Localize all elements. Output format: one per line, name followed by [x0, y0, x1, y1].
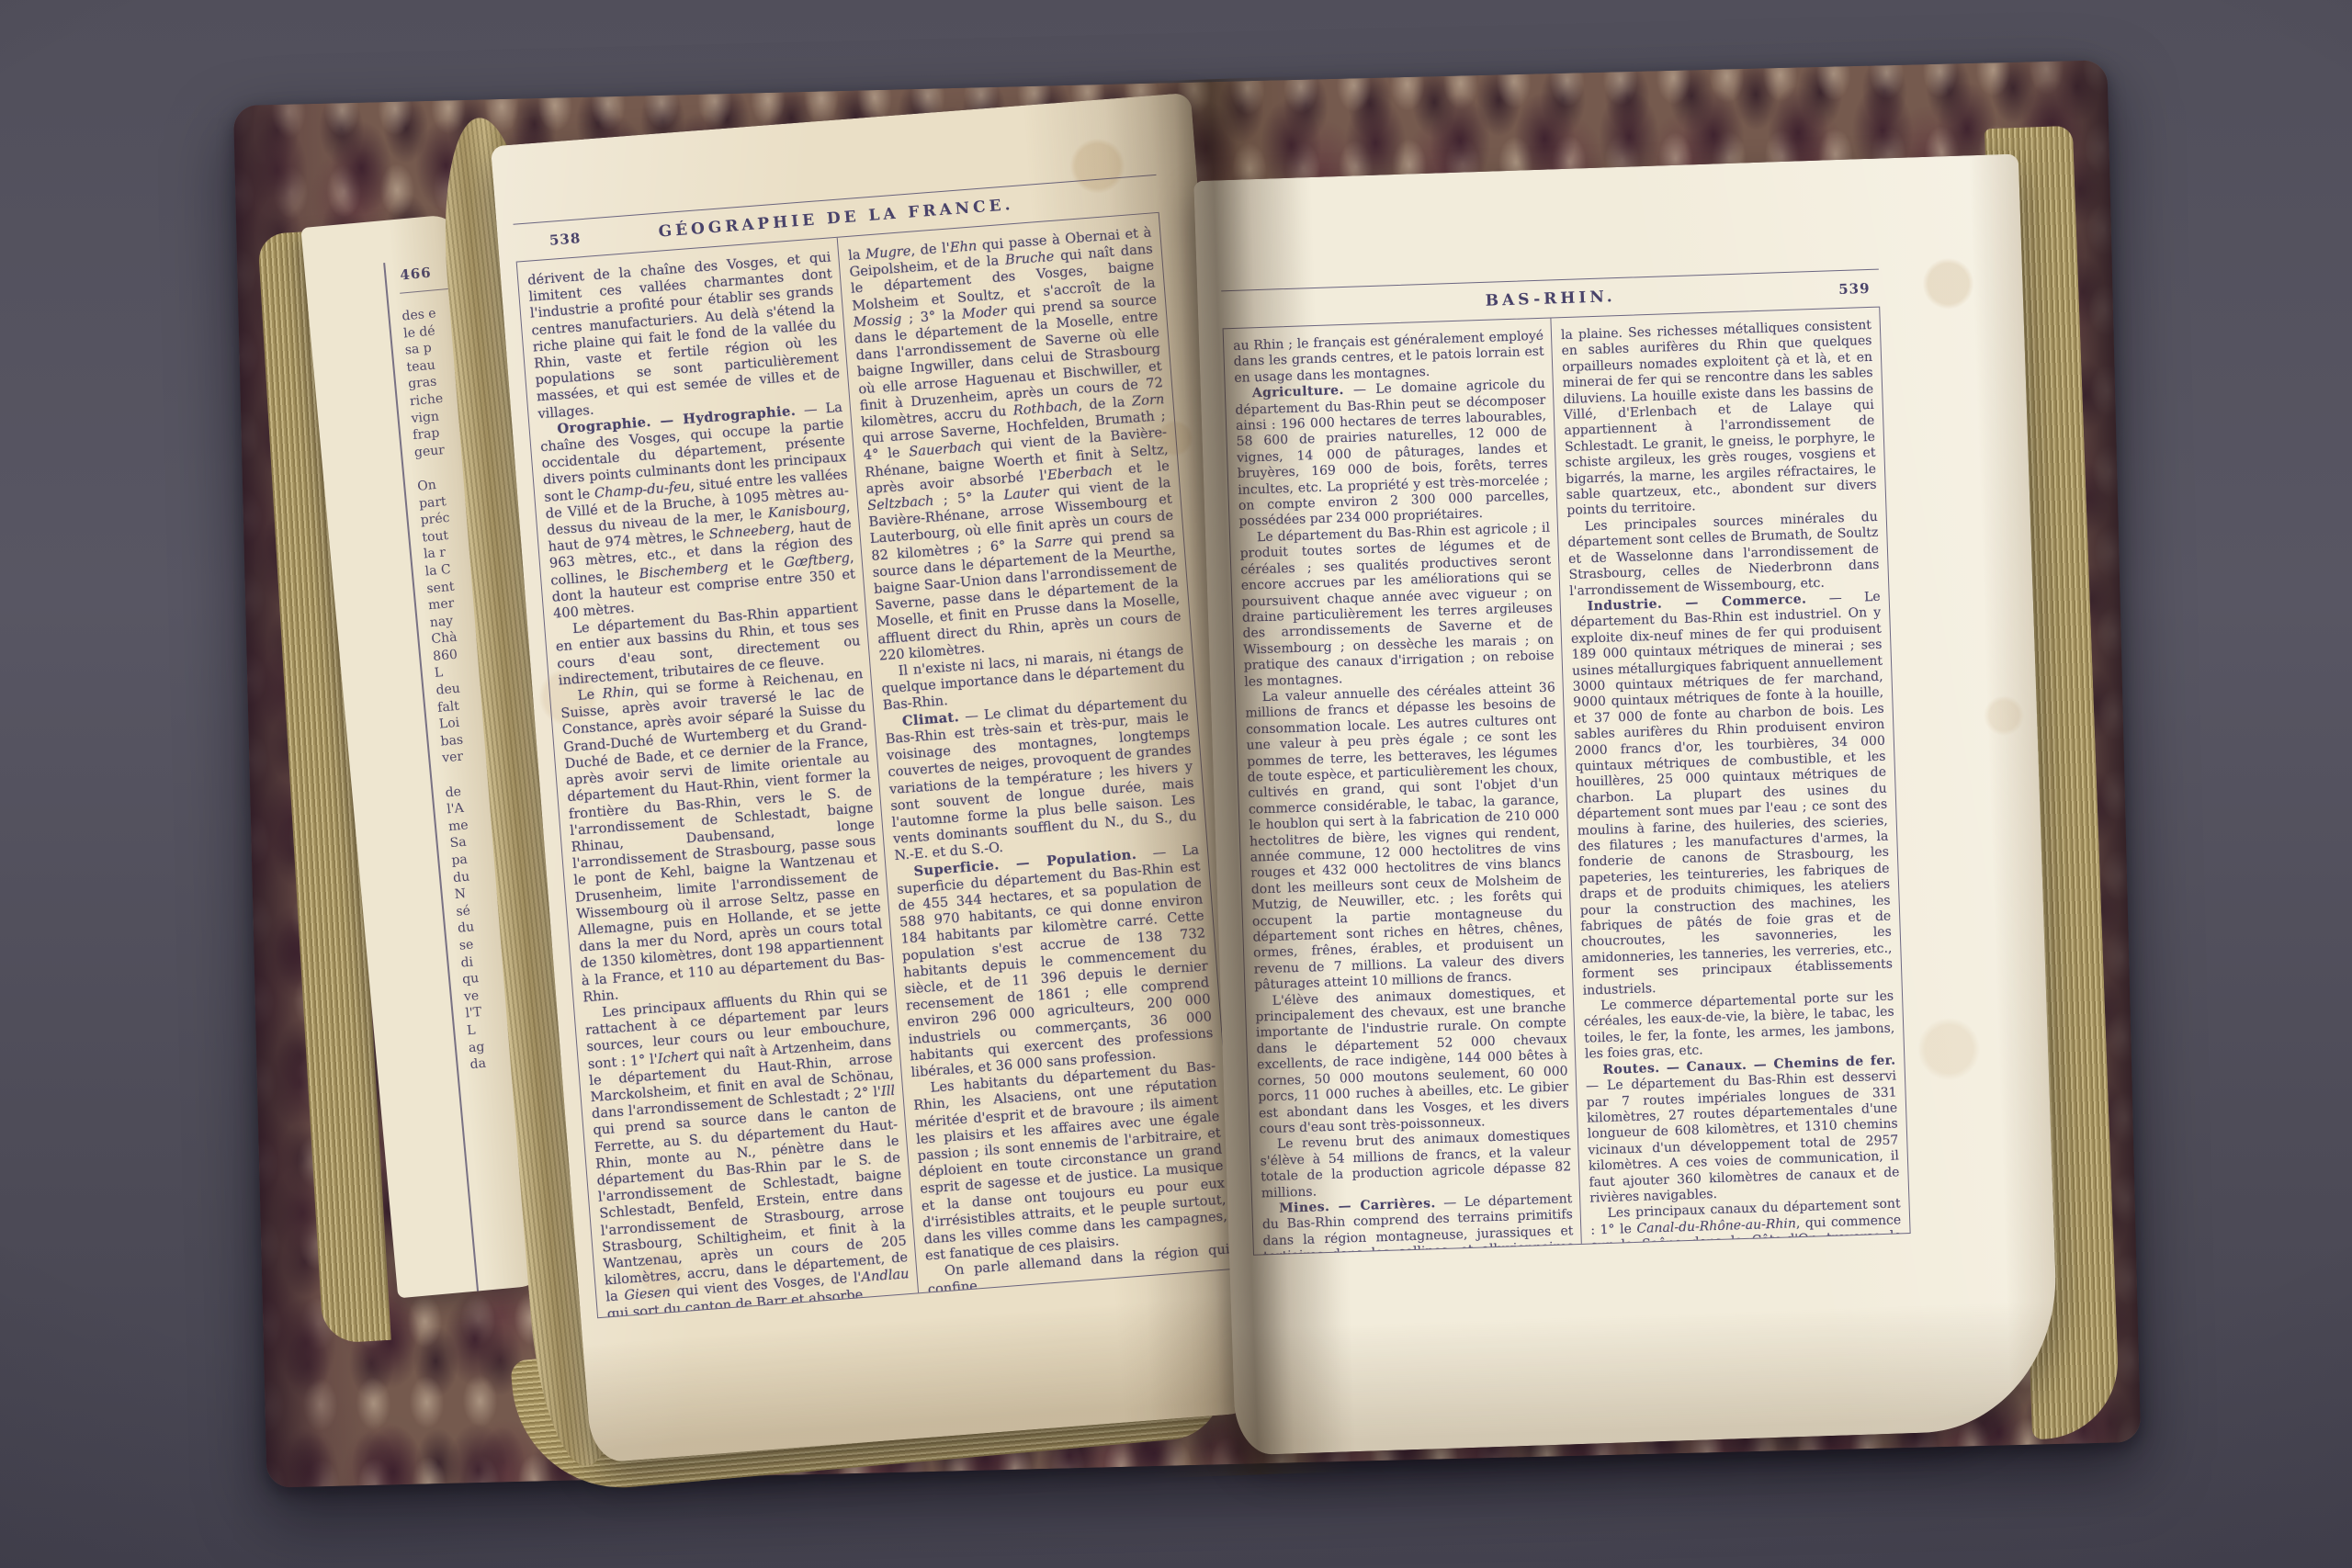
left-page-number: 538 [514, 230, 581, 251]
paragraph: L'élève des animaux domestiques, et prin… [1255, 984, 1570, 1138]
paragraph: La valeur annuelle des céréales atteint … [1245, 680, 1566, 994]
right-column-1: au Rhin ; le français est généralement e… [1224, 318, 1581, 1254]
right-column-2: la plaine. Ses richesses métalliques con… [1551, 308, 1908, 1244]
paragraph: la Mugre, de l'Ehn qui passe à Obernai e… [848, 225, 1183, 665]
right-text-frame: au Rhin ; le français est généralement e… [1223, 308, 1911, 1256]
right-page-number: 539 [1838, 280, 1880, 298]
left-text-frame: dérivent de la chaîne des Vosges, et qui… [516, 213, 1240, 1318]
left-running-head-spacer [1013, 194, 1158, 205]
paragraph: Les habitants du département du Bas-Rhin… [911, 1058, 1228, 1265]
right-running-title: BAS-RHIN. [1485, 288, 1616, 310]
paragraph: Le commerce départemental porte sur les … [1583, 989, 1895, 1064]
paragraph: Industrie. — Commerce. — Le département … [1570, 590, 1894, 999]
right-page: BAS-RHIN. 539 au Rhin ; le français est … [1193, 153, 2061, 1455]
paragraph: Superficie. — Population. — La superfici… [895, 841, 1215, 1081]
paragraph: Mines. — Carrières. — Le département du … [1261, 1191, 1575, 1255]
paragraph: Les principales sources minérales du dép… [1567, 510, 1881, 600]
paragraph: Le département du Bas-Rhin est agricole … [1239, 521, 1555, 691]
paragraph: Routes. — Canaux. — Chemins de fer. — Le… [1585, 1053, 1900, 1207]
right-running-head-spacer [1222, 301, 1486, 310]
paragraph: Le Rhin, qui se forme à Reichenau, en Su… [560, 666, 888, 1006]
paragraph: Orographie. — Hydrographie. — La chaîne … [538, 400, 857, 623]
paragraph: dérivent de la chaîne des Vosges, et qui… [527, 249, 842, 423]
photo-background: 466 des ele désa pteaugrasrichevignfrapg… [0, 0, 2352, 1568]
paragraph: Agriculture. — Le domaine agricole du dé… [1235, 377, 1550, 531]
paragraph: Les principaux affluents du Rhin qui se … [583, 983, 911, 1317]
left-page: 538 GÉOGRAPHIE DE LA FRANCE. dérivent de… [491, 93, 1292, 1463]
paragraph: Climat. — Le climat du département du Ba… [884, 692, 1199, 865]
paragraph: la plaine. Ses richesses métalliques con… [1561, 318, 1878, 520]
paragraph: Le revenu brut des animaux domestiques s… [1260, 1128, 1572, 1202]
